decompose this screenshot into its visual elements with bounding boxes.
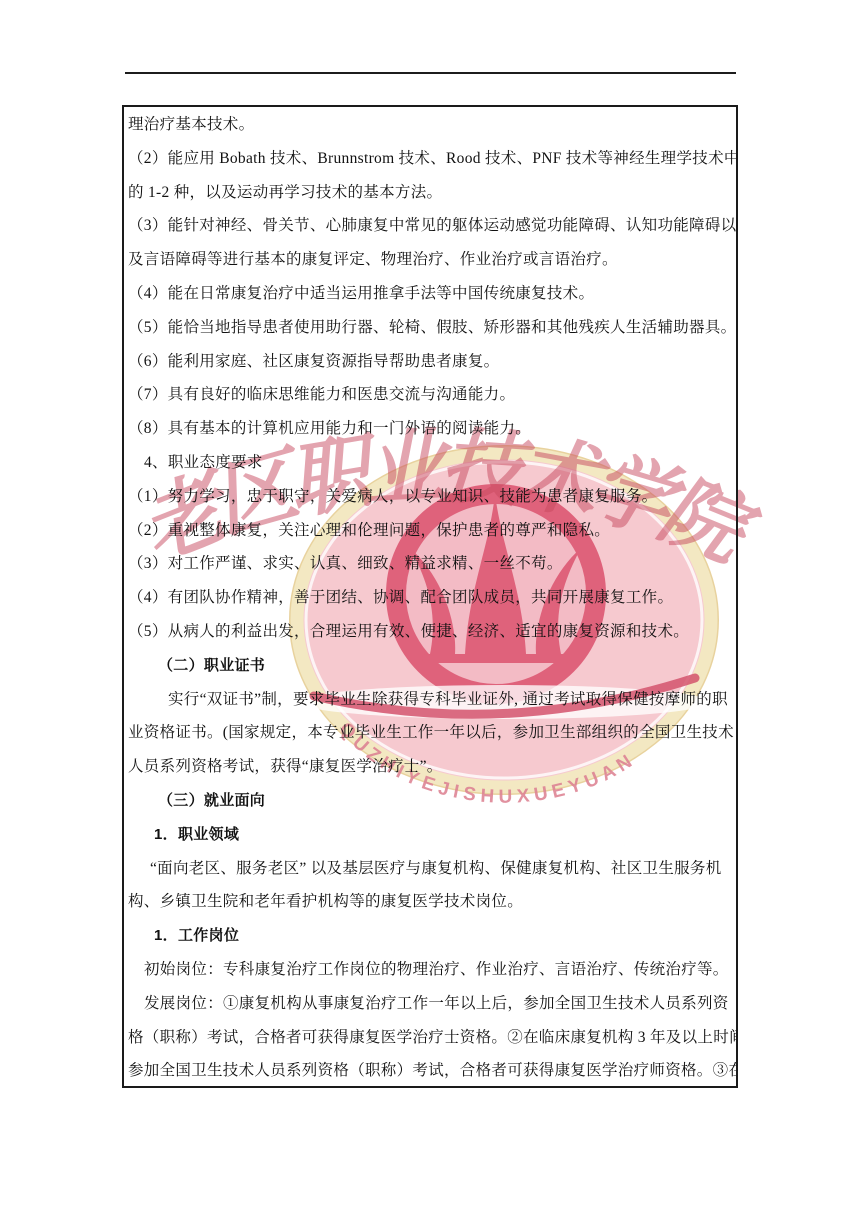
text-line: （2）重视整体康复，关注心理和伦理问题，保护患者的尊严和隐私。 <box>124 514 736 548</box>
text-line: “面向老区、服务老区” 以及基层医疗与康复机构、保健康复机构、社区卫生服务机 <box>124 852 736 886</box>
text-line: 及言语障碍等进行基本的康复评定、物理治疗、作业治疗或言语治疗。 <box>124 243 736 277</box>
text-line: 发展岗位：①康复机构从事康复治疗工作一年以上后，参加全国卫生技术人员系列资 <box>124 987 736 1021</box>
text-line: 业资格证书。(国家规定，本专业毕业生工作一年以后，参加卫生部组织的全国卫生技术 <box>124 716 736 750</box>
text-line: （4）能在日常康复治疗中适当运用推拿手法等中国传统康复技术。 <box>124 277 736 311</box>
text-line: 构、乡镇卫生院和老年看护机构等的康复医学技术岗位。 <box>124 885 736 919</box>
text-line: （三）就业面向 <box>124 784 736 818</box>
text-line: 初始岗位：专科康复治疗工作岗位的物理治疗、作业治疗、言语治疗、传统治疗等。 <box>124 953 736 987</box>
text-line: 4、职业态度要求 <box>124 446 736 480</box>
text-line: （6）能利用家庭、社区康复资源指导帮助患者康复。 <box>124 345 736 379</box>
header-divider-rule <box>125 72 736 74</box>
text-line: 1．职业领域 <box>124 818 736 852</box>
text-line: （2）能应用 Bobath 技术、Brunnstrom 技术、Rood 技术、P… <box>124 142 736 176</box>
text-line: 参加全国卫生技术人员系列资格（职称）考试，合格者可获得康复医学治疗师资格。③在 <box>124 1054 736 1088</box>
text-line: （7）具有良好的临床思维能力和医患交流与沟通能力。 <box>124 378 736 412</box>
text-line: （3）能针对神经、骨关节、心肺康复中常见的躯体运动感觉功能障碍、认知功能障碍以 <box>124 209 736 243</box>
text-line: 理治疗基本技术。 <box>124 108 736 142</box>
text-line: （3）对工作严谨、求实、认真、细致、精益求精、一丝不苟。 <box>124 547 736 581</box>
text-line: （二）职业证书 <box>124 649 736 683</box>
text-line: 1．工作岗位 <box>124 919 736 953</box>
text-line: 实行“双证书”制，要求毕业生除获得专科毕业证外, 通过考试取得保健按摩师的职 <box>124 683 736 717</box>
text-line: （5）从病人的利益出发，合理运用有效、便捷、经济、适宜的康复资源和技术。 <box>124 615 736 649</box>
text-line: （1）努力学习，忠于职守，关爱病人，以专业知识、技能为患者康复服务。 <box>124 480 736 514</box>
text-line: 格（职称）考试，合格者可获得康复医学治疗士资格。②在临床康复机构 3 年及以上时… <box>124 1021 736 1055</box>
text-line: （5）能恰当地指导患者使用助行器、轮椅、假肢、矫形器和其他残疾人生活辅助器具。 <box>124 311 736 345</box>
content-table-cell: 理治疗基本技术。（2）能应用 Bobath 技术、Brunnstrom 技术、R… <box>122 105 738 1088</box>
text-line: 的 1-2 种，以及运动再学习技术的基本方法。 <box>124 176 736 210</box>
text-line: （4）有团队协作精神，善于团结、协调、配合团队成员，共同开展康复工作。 <box>124 581 736 615</box>
document-page: { "page": { "background": "#ffffff" }, "… <box>0 0 860 1217</box>
text-line: 人员系列资格考试，获得“康复医学治疗士”。 <box>124 750 736 784</box>
text-line: （8）具有基本的计算机应用能力和一门外语的阅读能力。 <box>124 412 736 446</box>
